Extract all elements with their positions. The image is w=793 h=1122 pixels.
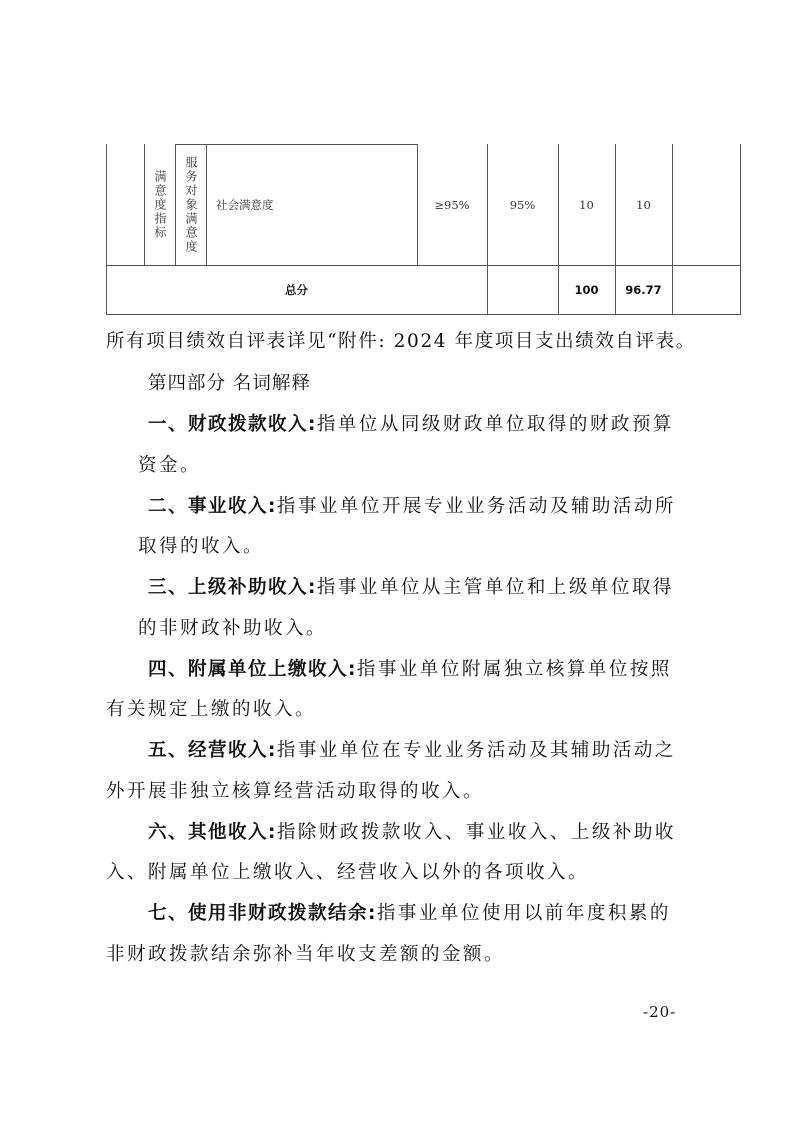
score-cell: 10 bbox=[615, 144, 672, 265]
definition-term: 七、使用非财政拨款结余: bbox=[148, 903, 377, 924]
section-heading: 第四部分 名词解释 bbox=[148, 369, 311, 395]
definition-term: 一、财政拨款收入: bbox=[148, 414, 317, 435]
definition-5: 五、经营收入:指事业单位在专业业务活动及其辅助活动之 bbox=[148, 736, 676, 762]
performance-table: 满意度指标 服务对象满意度 社会满意度 ≥95% 95% 10 10 总分 10… bbox=[106, 144, 741, 315]
definition-4-cont: 有关规定上缴的收入。 bbox=[106, 695, 316, 721]
total-score: 96.77 bbox=[625, 283, 661, 297]
definition-term: 四、附属单位上缴收入: bbox=[148, 659, 357, 680]
page-number: -20- bbox=[643, 1003, 676, 1021]
total-weight-cell: 100 bbox=[558, 265, 615, 314]
definition-6: 六、其他收入:指除财政拨款收入、事业收入、上级补助收 bbox=[148, 818, 676, 844]
definition-1-cont: 资金。 bbox=[138, 451, 201, 477]
target-value: ≥95% bbox=[434, 198, 469, 212]
definition-text: 指除财政拨款收入、事业收入、上级补助收 bbox=[277, 822, 676, 843]
subcategory-cell: 服务对象满意度 bbox=[175, 144, 206, 265]
indicator-text: 社会满意度 bbox=[216, 197, 274, 213]
col-line bbox=[206, 144, 207, 265]
definition-text: 指事业单位在专业业务活动及其辅助活动之 bbox=[277, 740, 676, 761]
definition-text: 指单位从同级财政单位取得的财政预算 bbox=[317, 414, 674, 435]
total-score-cell: 96.77 bbox=[615, 265, 672, 314]
table-border-bottom bbox=[106, 314, 741, 315]
table-border-right bbox=[740, 144, 741, 315]
definition-2: 二、事业收入:指事业单位开展专业业务活动及辅助活动所 bbox=[148, 492, 676, 518]
actual-cell: 95% bbox=[487, 144, 558, 265]
definition-text: 指事业单位附属独立核算单位按照 bbox=[357, 659, 672, 680]
definition-7: 七、使用非财政拨款结余:指事业单位使用以前年度积累的 bbox=[148, 899, 671, 925]
definition-term: 五、经营收入: bbox=[148, 740, 277, 761]
definition-3-cont: 的非财政补助收入。 bbox=[138, 614, 327, 640]
definition-2-cont: 取得的收入。 bbox=[138, 532, 264, 558]
col-line bbox=[672, 144, 673, 315]
weight-cell: 10 bbox=[558, 144, 615, 265]
actual-value: 95% bbox=[510, 198, 536, 212]
definition-term: 二、事业收入: bbox=[148, 496, 277, 517]
definition-5-cont: 外开展非独立核算经营活动取得的收入。 bbox=[106, 777, 484, 803]
subcategory-text: 服务对象满意度 bbox=[182, 156, 199, 254]
definition-term: 三、上级补助收入: bbox=[148, 577, 317, 598]
definition-6-cont: 入、附属单位上缴收入、经营收入以外的各项收入。 bbox=[106, 858, 589, 884]
indicator-cell: 社会满意度 bbox=[216, 144, 417, 265]
score-value: 10 bbox=[636, 198, 651, 212]
definition-4: 四、附属单位上缴收入:指事业单位附属独立核算单位按照 bbox=[148, 655, 672, 681]
target-cell: ≥95% bbox=[417, 144, 487, 265]
definition-1: 一、财政拨款收入:指单位从同级财政单位取得的财政预算 bbox=[148, 410, 674, 436]
definition-text: 指事业单位使用以前年度积累的 bbox=[377, 903, 671, 924]
weight-value: 10 bbox=[579, 198, 594, 212]
definition-7-cont: 非财政拨款结余弥补当年收支差额的金额。 bbox=[106, 940, 505, 966]
intro-line: 所有项目绩效自评表详见“附件: 2024 年度项目支出绩效自评表。 bbox=[106, 327, 696, 353]
definition-text: 指事业单位开展专业业务活动及辅助活动所 bbox=[277, 496, 676, 517]
total-label-cell: 总分 bbox=[106, 265, 487, 314]
definition-text: 指事业单位从主管单位和上级单位取得 bbox=[317, 577, 674, 598]
category-text: 满意度指标 bbox=[151, 170, 168, 240]
category-cell: 满意度指标 bbox=[144, 144, 175, 265]
definition-term: 六、其他收入: bbox=[148, 822, 277, 843]
definition-3: 三、上级补助收入:指事业单位从主管单位和上级单位取得 bbox=[148, 573, 674, 599]
total-label: 总分 bbox=[285, 282, 308, 298]
total-weight: 100 bbox=[574, 283, 598, 297]
